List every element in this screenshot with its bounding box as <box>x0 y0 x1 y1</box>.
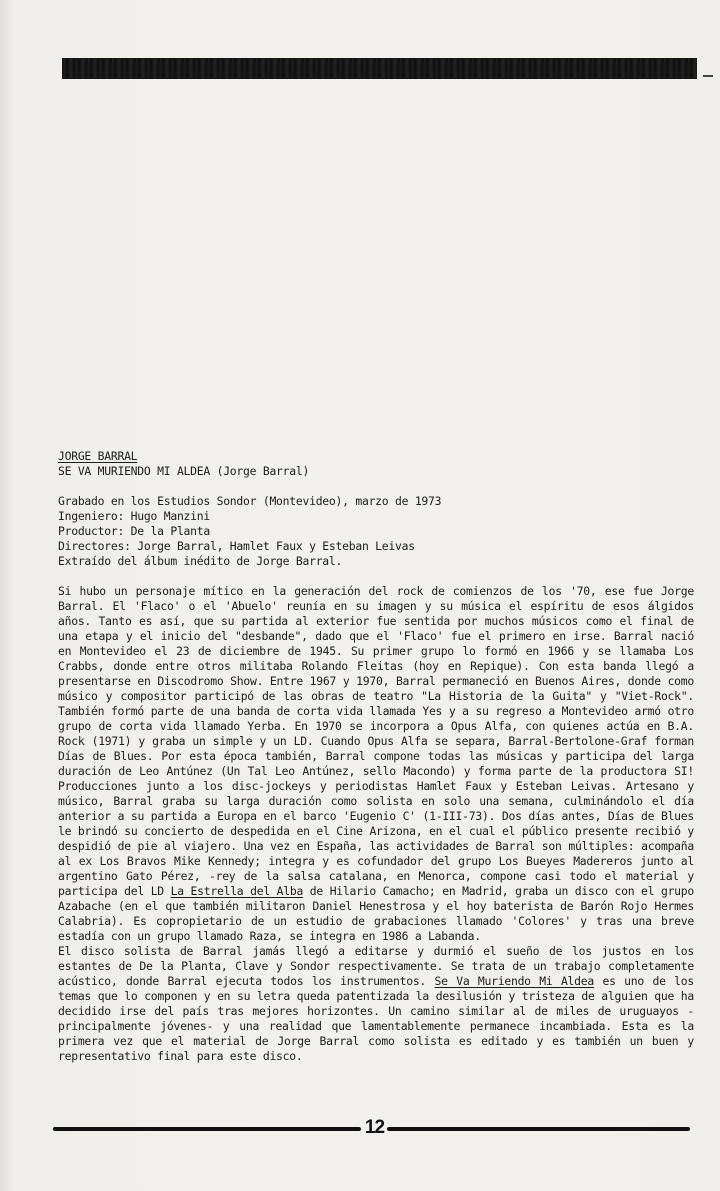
entry-heading: JORGE BARRAL <box>58 449 694 464</box>
album-title: La Estrella del Alba <box>171 884 303 898</box>
credit-line: Extraído del álbum inédito de Jorge Barr… <box>58 554 694 569</box>
entry: JORGE BARRAL SE VA MURIENDO MI ALDEA (Jo… <box>58 449 694 1064</box>
credit-line: Grabado en los Estudios Sondor (Montevid… <box>58 494 694 509</box>
header-bar <box>62 58 697 79</box>
page-footer: 12 <box>53 1114 690 1144</box>
credit-line: Productor: De la Planta <box>58 524 694 539</box>
credits: Grabado en los Estudios Sondor (Montevid… <box>58 494 694 569</box>
album-paragraph: El disco solista de Barral jamás llegó a… <box>58 944 694 1064</box>
footer-rule-left <box>53 1127 361 1131</box>
artist-name: JORGE BARRAL <box>58 449 137 464</box>
footer-rule-right <box>387 1127 690 1131</box>
paragraph-text: Si hubo un personaje mítico en la genera… <box>58 584 694 898</box>
edge-mark <box>703 75 713 77</box>
track-title: SE VA MURIENDO MI ALDEA (Jorge Barral) <box>58 464 694 479</box>
credit-line: Directores: Jorge Barral, Hamlet Faux y … <box>58 539 694 554</box>
biography-paragraph: Si hubo un personaje mítico en la genera… <box>58 584 694 944</box>
song-title: Se Va Muriendo Mi Aldea <box>435 974 594 988</box>
credit-line: Ingeniero: Hugo Manzini <box>58 509 694 524</box>
page-number: 12 <box>362 1115 387 1141</box>
